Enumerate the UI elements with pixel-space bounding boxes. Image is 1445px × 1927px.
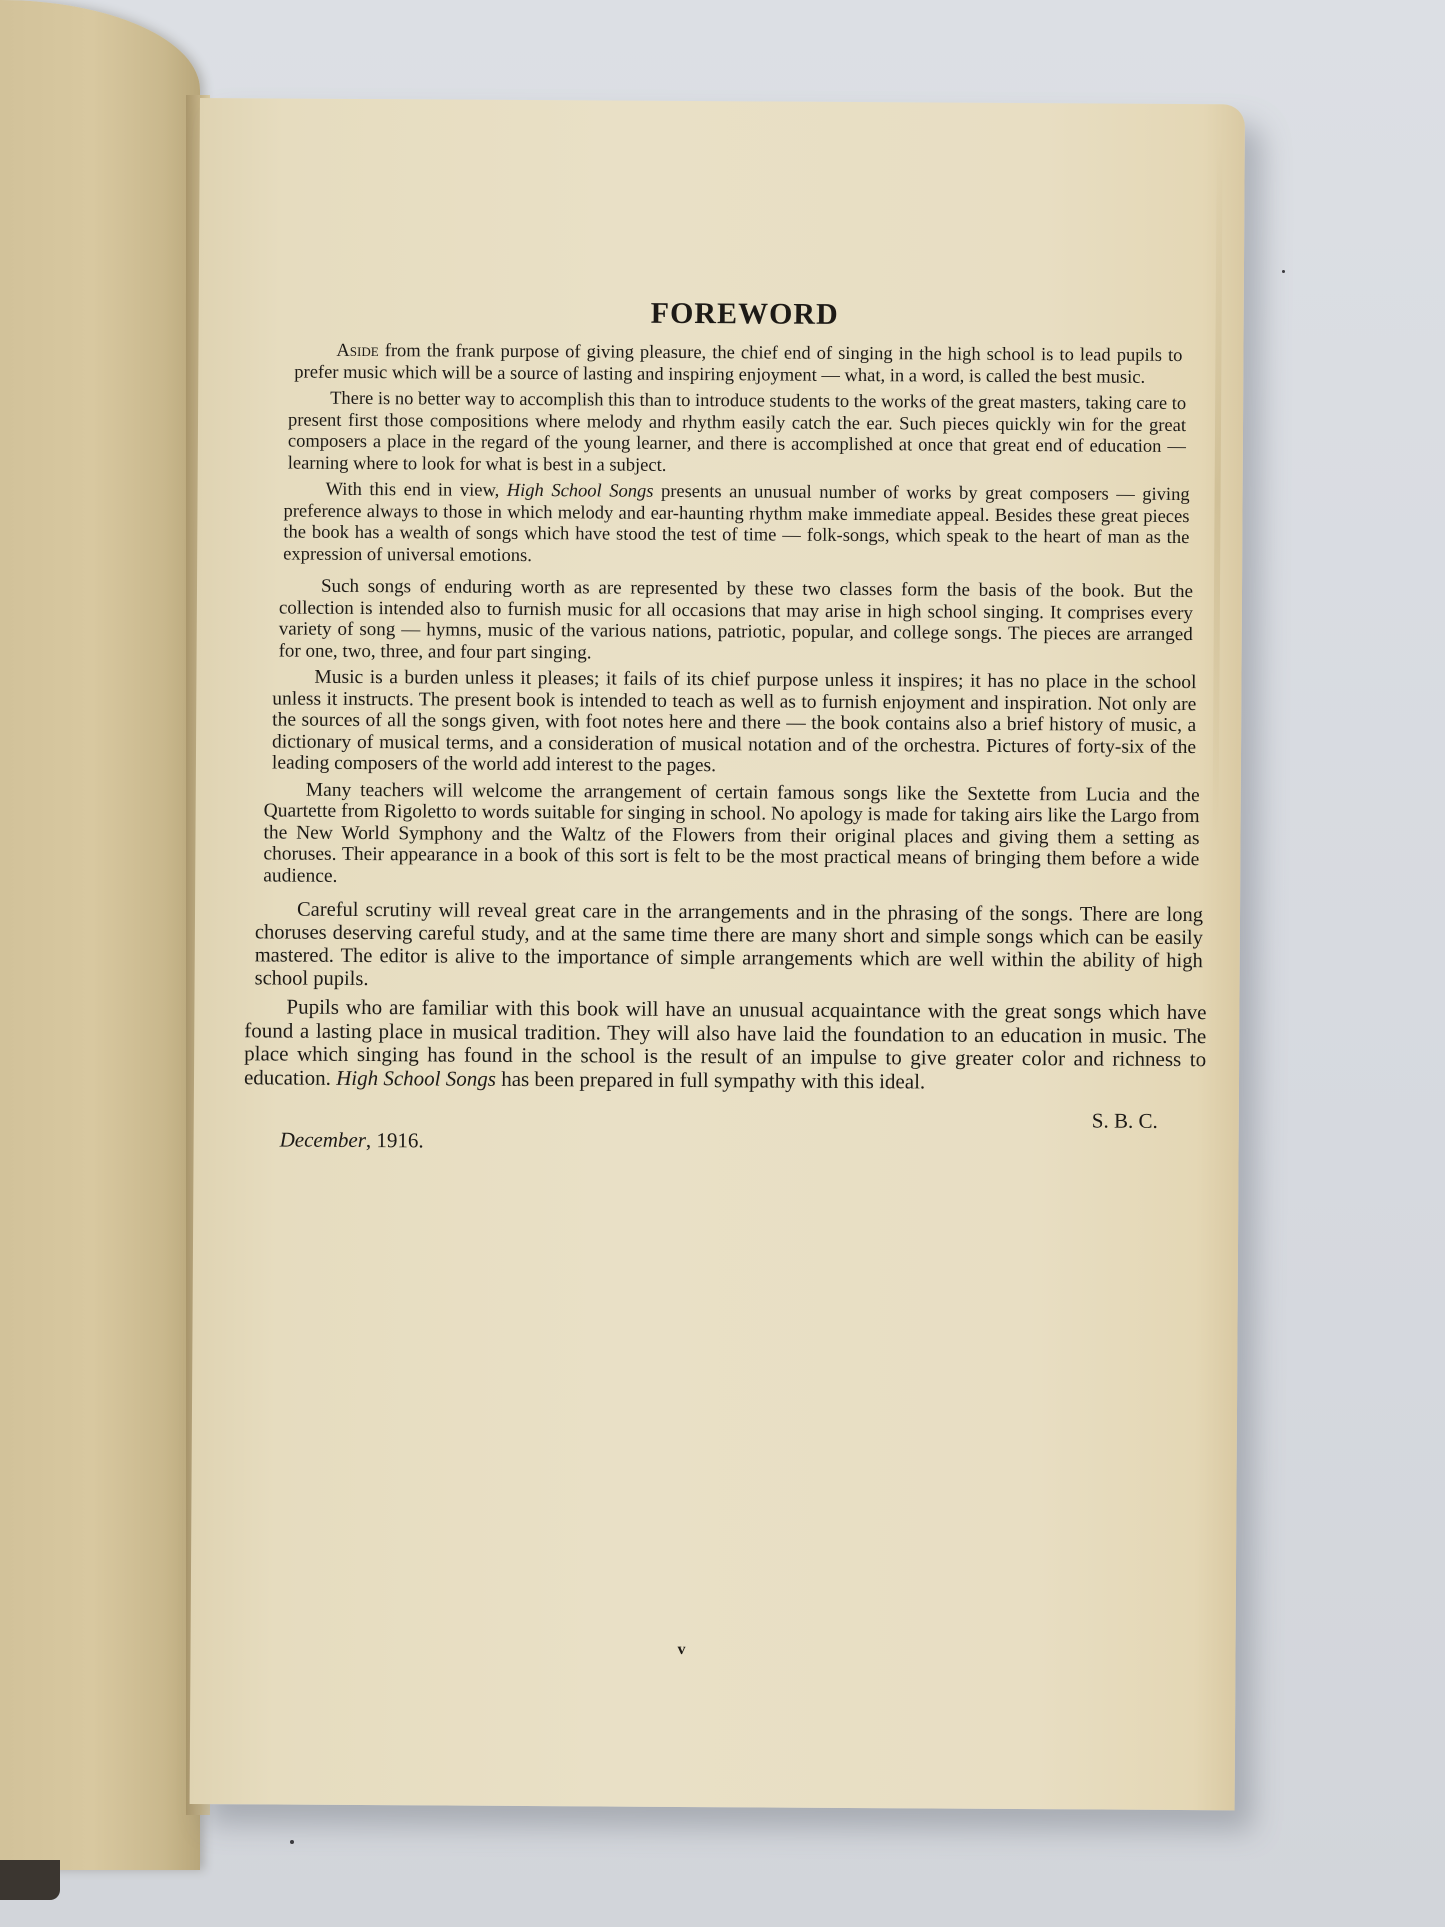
paragraph-text: With this end in view,	[326, 480, 507, 501]
paragraph-7: Careful scrutiny will reveal great care …	[255, 898, 1204, 996]
paragraph-6: Many teachers will welcome the arrangeme…	[263, 779, 1200, 892]
dust-speck	[1282, 270, 1285, 273]
paragraph-8: Pupils who are familiar with this book w…	[244, 995, 1207, 1095]
left-page-edge	[0, 0, 200, 1870]
paragraph-4: Such songs of enduring worth as are repr…	[279, 575, 1194, 667]
date-year: , 1916.	[366, 1128, 424, 1152]
dust-speck	[290, 1840, 294, 1844]
book-cover-corner	[0, 1860, 60, 1900]
paragraph-text: from the frank purpose of giving pleasur…	[294, 341, 1182, 387]
signoff: S. B. C. December, 1916.	[224, 1097, 1186, 1163]
paragraph-text: has been prepared in full sympathy with …	[496, 1066, 925, 1093]
paragraph-2: There is no better way to accomplish thi…	[288, 389, 1187, 480]
page-number: v	[677, 1641, 685, 1659]
paragraph-1: Aside from the frank purpose of giving p…	[294, 341, 1182, 389]
page-title: FOREWORD	[229, 294, 1191, 334]
paragraph-5: Music is a burden unless it pleases; it …	[272, 666, 1197, 779]
book-page: FOREWORD Aside from the frank purpose of…	[190, 98, 1245, 1810]
book-title-italic: High School Songs	[336, 1065, 496, 1090]
book-title-italic: High School Songs	[507, 481, 654, 502]
author-initials: S. B. C.	[1092, 1108, 1158, 1133]
foreword-content: FOREWORD Aside from the frank purpose of…	[224, 294, 1191, 1163]
lead-word: Aside	[336, 341, 378, 361]
paragraph-3: With this end in view, High School Songs…	[283, 480, 1190, 572]
date: December, 1916.	[280, 1128, 424, 1154]
date-month: December	[280, 1128, 366, 1153]
